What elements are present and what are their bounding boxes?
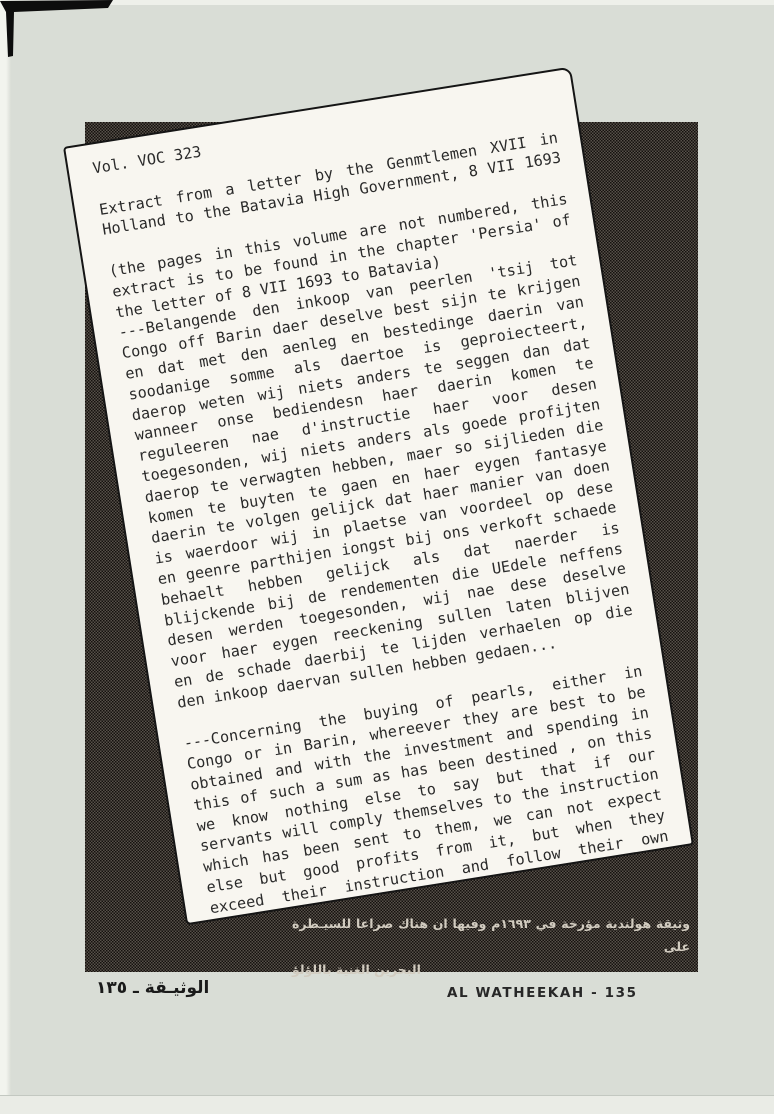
journal-footer-arabic: الوثيـقة ـ ١٣٥ [96,978,209,998]
scan-bottom-edge [0,1096,774,1114]
caption-line-1: وثيقة هولندية مؤرخة في ١٦٩٣م وفيها ان هن… [292,912,690,958]
journal-footer-english: AL WATHEEKAH - 135 [447,985,638,1001]
corner-artifact [0,0,140,75]
scan-left-edge [0,0,11,1114]
scanned-journal-page: وثيقة هولندية مؤرخة في ١٦٩٣م وفيها ان هن… [0,0,774,1114]
typewritten-text: Vol. VOC 323Extract from a letter by the… [91,86,670,919]
arabic-caption: وثيقة هولندية مؤرخة في ١٦٩٣م وفيها ان هن… [292,912,690,981]
caption-line-2: البحرين الغنية باللؤلؤ [292,958,690,981]
